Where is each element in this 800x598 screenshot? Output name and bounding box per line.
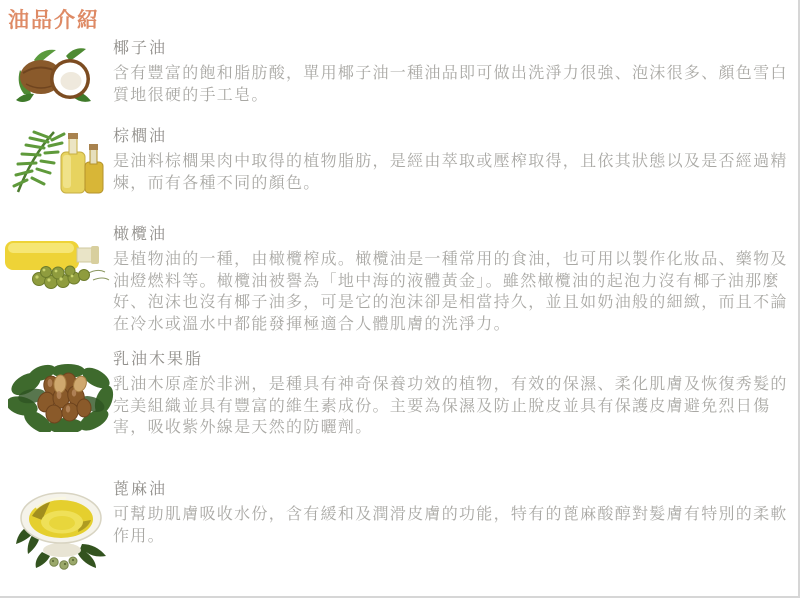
palm-oil-illustration bbox=[8, 128, 106, 198]
palm-oil-image bbox=[8, 128, 106, 198]
olive-oil-illustration bbox=[3, 232, 113, 292]
section-heading: 乳油木果脂 bbox=[113, 349, 789, 369]
section-heading: 橄欖油 bbox=[113, 224, 789, 244]
section-body: 可幫助肌膚吸收水份，含有緩和及潤滑皮膚的功能，特有的蓖麻酸醇對髮膚有特別的柔軟作… bbox=[113, 503, 789, 546]
coconut-oil-image bbox=[14, 44, 96, 106]
section-heading: 蓖麻油 bbox=[113, 479, 789, 499]
castor-oil-illustration bbox=[12, 486, 112, 572]
oil-introduction-page: 油品介紹 椰子油 含有豐富的飽和脂肪酸，單用椰子油一種油品即可做出洗淨力很強、泡… bbox=[0, 0, 800, 598]
castor-oil-image bbox=[12, 486, 112, 572]
shea-butter-image bbox=[8, 364, 118, 432]
section-heading: 椰子油 bbox=[113, 38, 789, 58]
section-body: 乳油木原產於非洲，是種具有神奇保養功效的植物，有效的保濕、柔化肌膚及恢復秀髮的完… bbox=[113, 373, 789, 438]
shea-nuts-illustration bbox=[8, 364, 118, 432]
olive-oil-image bbox=[3, 232, 113, 292]
section-body: 含有豐富的飽和脂肪酸，單用椰子油一種油品即可做出洗淨力很強、泡沫很多、顏色雪白質… bbox=[113, 62, 789, 105]
section-body: 是油料棕櫚果肉中取得的植物脂肪，是經由萃取或壓榨取得，且依其狀態以及是否經過精煉… bbox=[113, 150, 789, 193]
coconut-illustration bbox=[14, 44, 96, 106]
section-body: 是植物油的一種，由橄欖榨成。橄欖油是一種常用的食油，也可用以製作化妝品、藥物及油… bbox=[113, 248, 789, 334]
section-heading: 棕櫚油 bbox=[113, 126, 789, 146]
page-title: 油品介紹 bbox=[8, 4, 100, 34]
